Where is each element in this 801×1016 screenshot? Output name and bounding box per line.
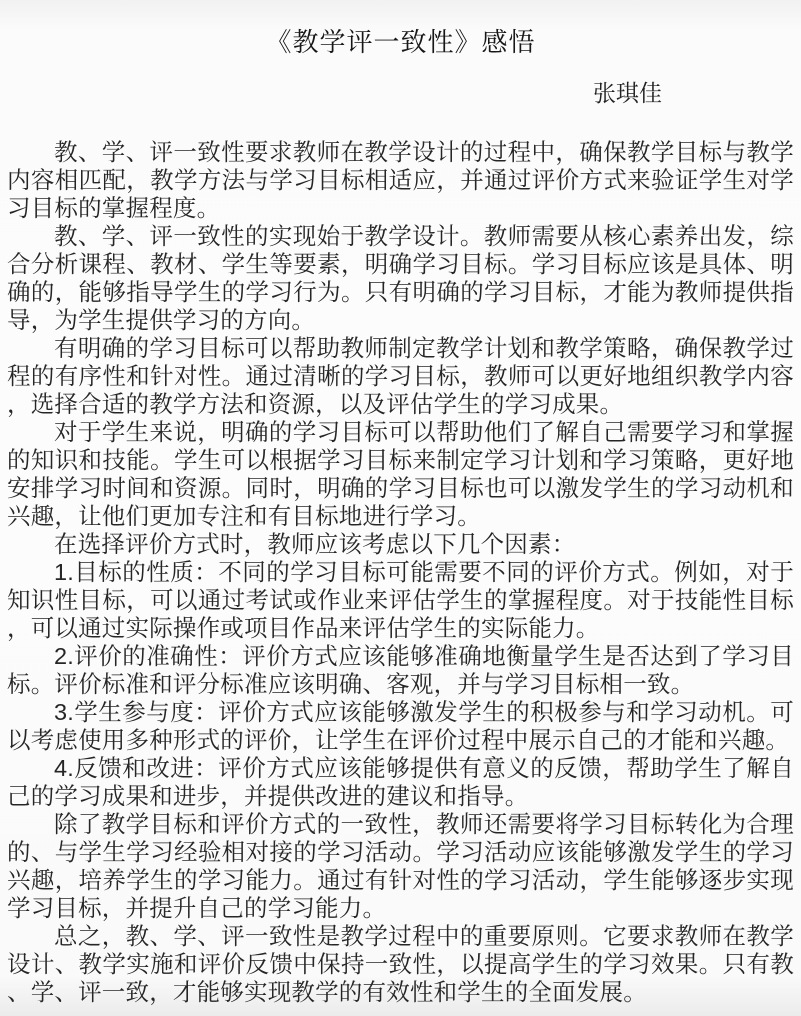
paragraph: 对于学生来说，明确的学习目标可以帮助他们了解自己需要学习和掌握的知识和技能。学生…: [7, 418, 794, 530]
document-body: 教、学、评一致性要求教师在教学设计的过程中，确保教学目标与教学内容相匹配，教学方…: [7, 138, 794, 1006]
paragraph: 总之，教、学、评一致性是教学过程中的重要原则。它要求教师在教学设计、教学实施和评…: [7, 922, 794, 1006]
paragraph: 有明确的学习目标可以帮助教师制定教学计划和教学策略，确保教学过程的有序性和针对性…: [7, 334, 794, 418]
document-title: 《教学评一致性》感悟: [7, 22, 794, 59]
paragraph: 教、学、评一致性要求教师在教学设计的过程中，确保教学目标与教学内容相匹配，教学方…: [7, 138, 794, 222]
paragraph: 1.目标的性质：不同的学习目标可能需要不同的评价方式。例如，对于知识性目标，可以…: [7, 558, 794, 642]
paragraph: 除了教学目标和评价方式的一致性，教师还需要将学习目标转化为合理的、与学生学习经验…: [7, 810, 794, 922]
paragraph: 4.反馈和改进：评价方式应该能够提供有意义的反馈，帮助学生了解自己的学习成果和进…: [7, 754, 794, 810]
paragraph: 在选择评价方式时，教师应该考虑以下几个因素：: [7, 530, 794, 558]
paragraph: 3.学生参与度：评价方式应该能够激发学生的积极参与和学习动机。可以考虑使用多种形…: [7, 698, 794, 754]
paragraph: 教、学、评一致性的实现始于教学设计。教师需要从核心素养出发，综合分析课程、教材、…: [7, 222, 794, 334]
author-name: 张琪佳: [7, 75, 794, 108]
paragraph: 2.评价的准确性：评价方式应该能够准确地衡量学生是否达到了学习目标。评价标准和评…: [7, 642, 794, 698]
document-page: 《教学评一致性》感悟 张琪佳 教、学、评一致性要求教师在教学设计的过程中，确保教…: [0, 0, 801, 1016]
